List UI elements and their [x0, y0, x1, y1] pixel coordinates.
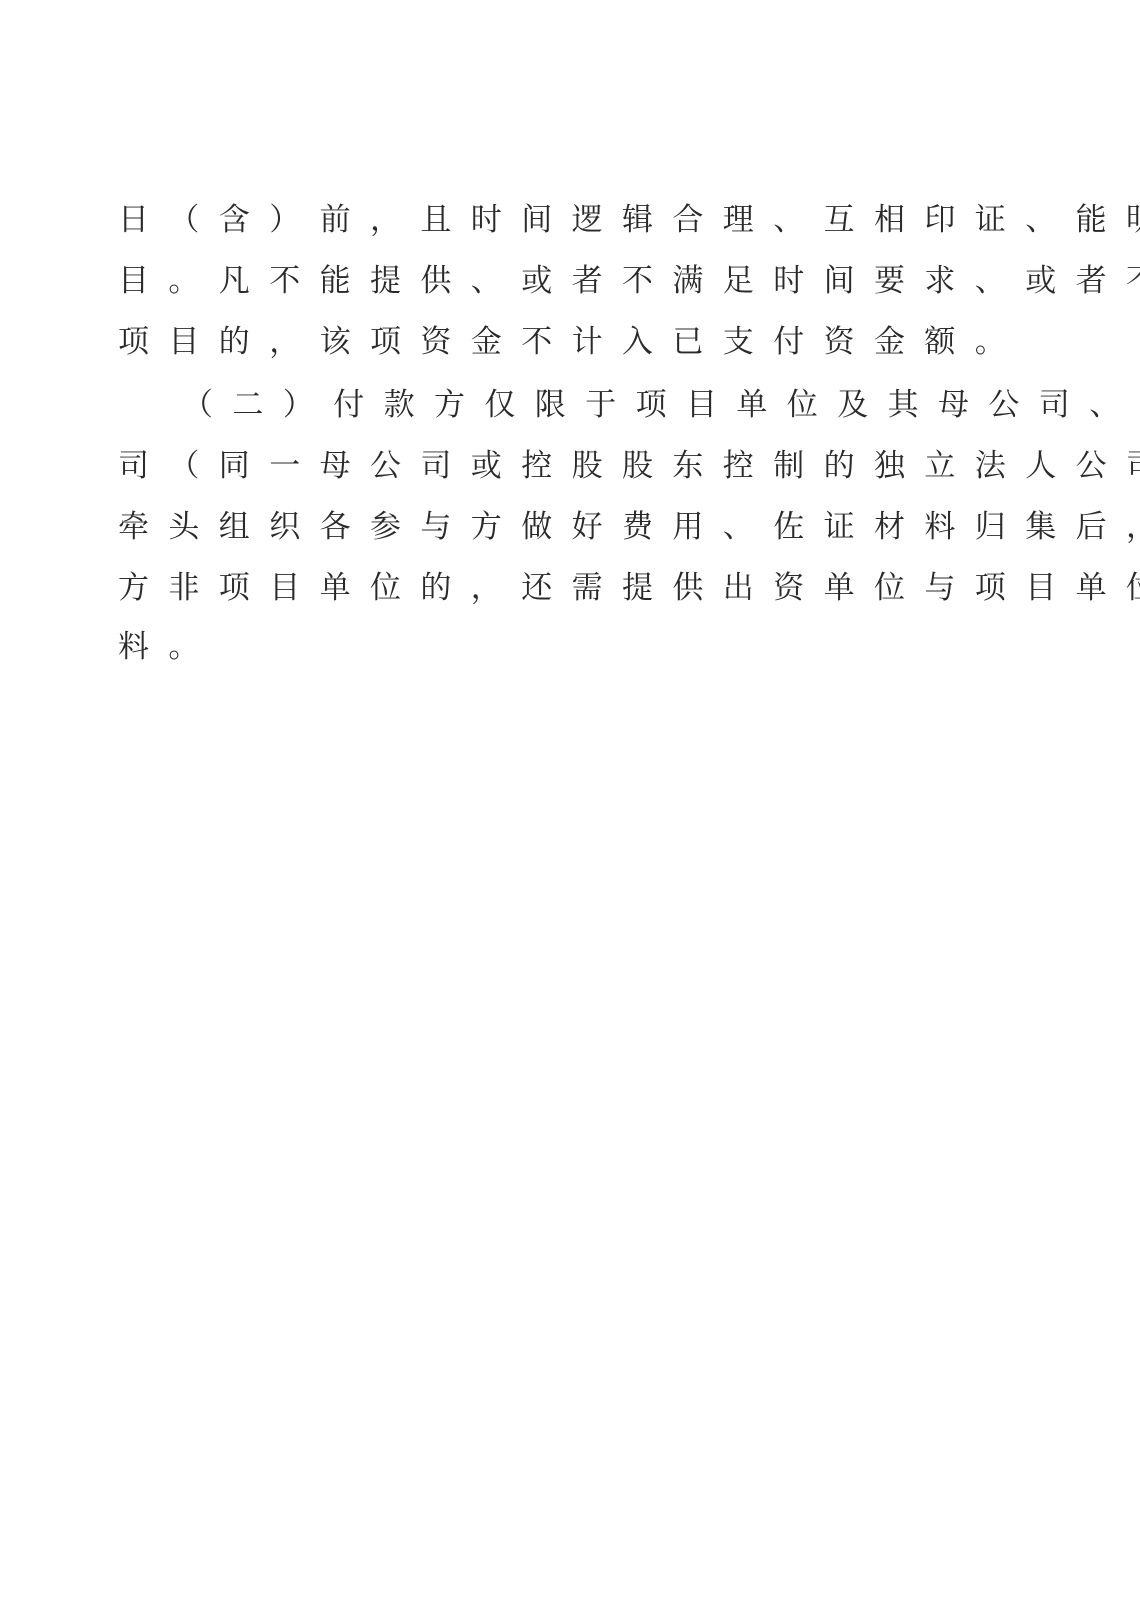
text-line: 料。 — [118, 622, 219, 672]
text-line: 牵头组织各参与方做好费用、佐证材料归集后，统一报送。付款 — [118, 502, 1140, 552]
document-page: 日（含）前，且时间逻辑合理、互相印证、能明确体现所属项 目。凡不能提供、或者不满… — [0, 0, 1140, 1613]
text-line: 项目的，该项资金不计入已支付资金额。 — [118, 317, 1025, 367]
text-line: 司（同一母公司或控股股东控制的独立法人公司）。由项目单位 — [118, 441, 1140, 491]
text-line: 目。凡不能提供、或者不满足时间要求、或者不能明确体现所属 — [118, 256, 1140, 306]
text-line: 日（含）前，且时间逻辑合理、互相印证、能明确体现所属项 — [118, 195, 1140, 245]
text-line-indented: （二）付款方仅限于项目单位及其母公司、子公司、兄弟公 — [182, 380, 1140, 430]
text-line: 方非项目单位的，还需提供出资单位与项目单位股权关系证明材 — [118, 563, 1140, 613]
